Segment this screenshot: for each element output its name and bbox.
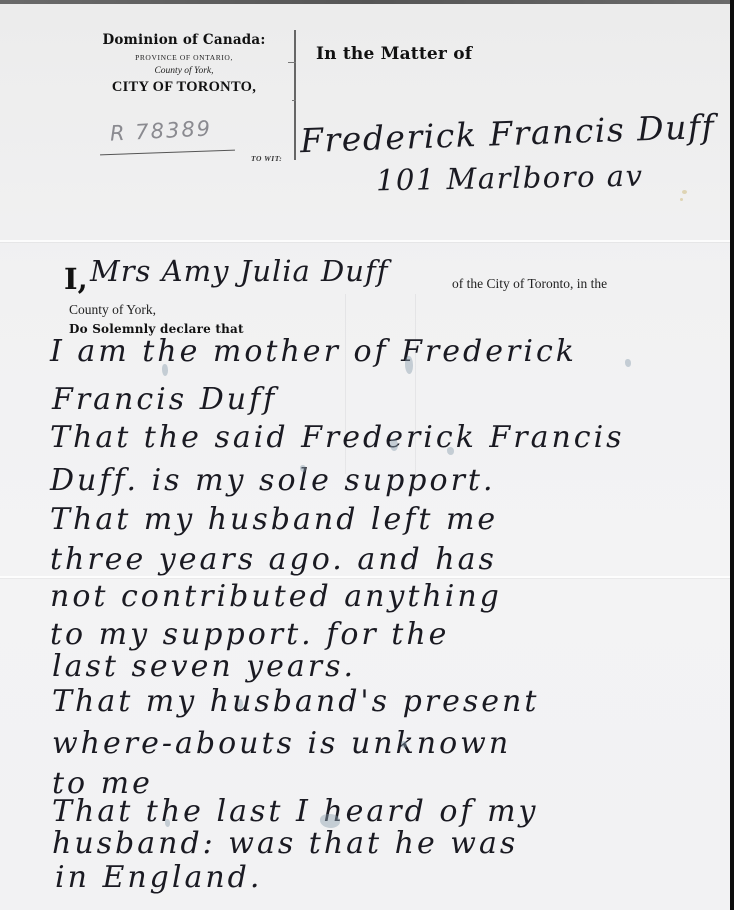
statement-line: not contributed anything — [50, 579, 502, 614]
statement-line: three years ago. and has — [50, 542, 497, 577]
declaration-document: Dominion of Canada: PROVINCE OF ONTARIO,… — [0, 4, 730, 910]
statement-line: in England. — [55, 860, 262, 895]
paper-fold-line — [0, 240, 730, 242]
ink-stain — [447, 447, 454, 455]
statement-line: That my husband's present — [52, 684, 539, 719]
paper-speck — [680, 198, 683, 201]
ink-stain — [390, 439, 398, 451]
county-label: County of York, — [80, 66, 288, 76]
subject-address-handwritten: 101 Marlboro av — [376, 159, 644, 198]
matter-heading: In the Matter of — [316, 44, 472, 64]
declaration-pronoun: I, — [64, 262, 88, 296]
to-wit-label: TO WIT: — [251, 154, 282, 163]
ink-stain — [405, 356, 413, 374]
statement-line: That my husband left me — [50, 502, 498, 537]
ink-stain — [300, 465, 306, 472]
bracket-tick — [288, 62, 296, 63]
header-bracket — [294, 30, 296, 160]
ink-stain — [401, 741, 407, 748]
ink-stain — [320, 814, 340, 828]
ink-stain — [162, 364, 168, 376]
statement-line: That the last I heard of my — [52, 794, 538, 829]
statement-line: husband: was that he was — [52, 826, 518, 861]
registration-underline — [100, 150, 235, 156]
statement-line: That the said Frederick Francis — [50, 420, 625, 455]
statement-line: I am the mother of Frederick — [50, 334, 577, 369]
declarant-name-handwritten: Mrs Amy Julia Duff — [90, 254, 388, 288]
statement-line: Duff. is my sole support. — [50, 463, 496, 498]
city-label: CITY OF TORONTO, — [80, 79, 288, 96]
statement-line: where-abouts is unknown — [52, 726, 511, 761]
ink-stain — [238, 699, 243, 709]
subject-name-handwritten: Frederick Francis Duff — [299, 107, 715, 160]
statement-line: to my support. for the — [50, 617, 449, 652]
county-text: County of York, — [69, 302, 156, 318]
residence-text: of the City of Toronto, in the — [452, 276, 607, 292]
jurisdiction-block: Dominion of Canada: PROVINCE OF ONTARIO,… — [80, 32, 288, 96]
bracket-tick — [292, 100, 296, 101]
ink-stain — [625, 359, 631, 367]
province-label: PROVINCE OF ONTARIO, — [80, 53, 288, 62]
dominion-heading: Dominion of Canada: — [80, 32, 288, 48]
scan-right-edge — [730, 0, 734, 910]
statement-line: Francis Duff — [52, 382, 277, 417]
statement-line: last seven years. — [52, 649, 356, 684]
registration-number: R 78389 — [109, 116, 212, 145]
ink-stain — [165, 819, 170, 827]
paper-speck — [682, 190, 687, 194]
